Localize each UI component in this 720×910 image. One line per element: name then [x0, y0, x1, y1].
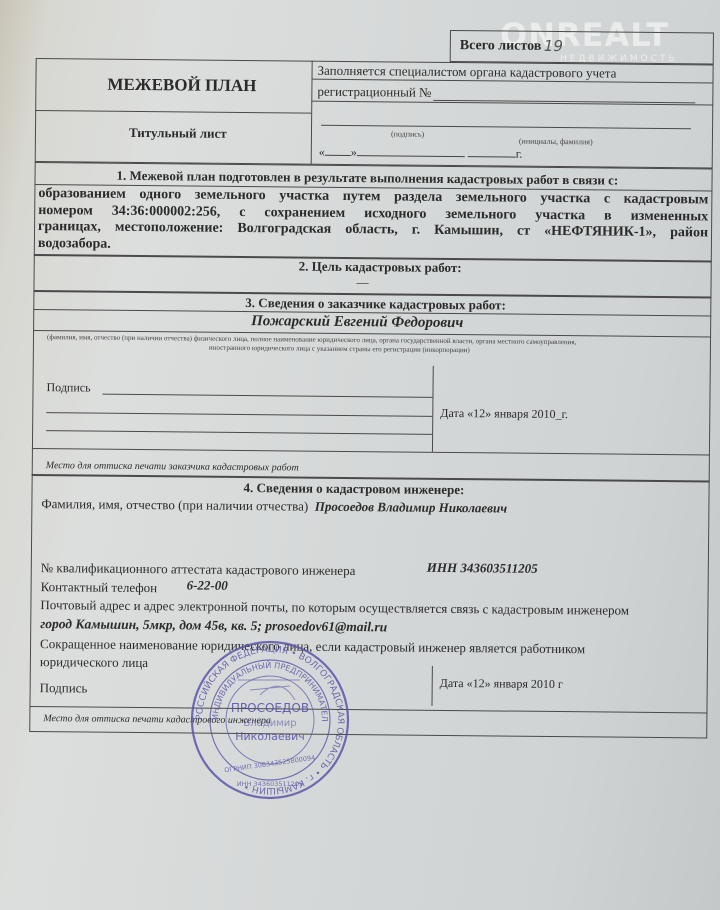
engineer-cert-label: № квалификационного аттестата кадастрово…	[41, 560, 356, 579]
section2-heading: 2. Цель кадастровых работ:	[299, 259, 462, 277]
customer-name: Пожарский Евгений Федорович	[251, 313, 463, 332]
engineer-cert-value: ИНН 343603511205	[427, 560, 538, 577]
stamp-inn: ИНН 343603511205	[237, 780, 303, 788]
date-year-suffix: г.	[516, 147, 523, 161]
stamp-patronymic: Николаевич	[235, 730, 304, 743]
engineer-phone-label: Контактный телефон	[41, 579, 158, 596]
customer-date: Дата «12» января 2010_г.	[440, 406, 568, 422]
initials-caption: (инициалы, фамилия)	[519, 137, 593, 147]
signature-caption: (подпись)	[391, 129, 424, 138]
date-close-quote: »	[351, 145, 357, 159]
stamp-name: Владимир	[243, 718, 296, 729]
registry-number-label: регистрационный №	[317, 84, 431, 101]
section4-heading: 4. Сведения о кадастровом инженере:	[243, 480, 464, 498]
engineer-fio-label: Фамилия, имя, отчество (при наличии отче…	[41, 496, 308, 514]
section1-text: образованием одного земельного участка п…	[38, 186, 709, 258]
doc-subtitle: Титульный лист	[129, 125, 227, 142]
total-sheets-value: 19	[544, 37, 563, 55]
section2-value: —	[356, 275, 368, 290]
engineer-date: Дата «12» января 2010 г	[440, 676, 563, 692]
engineer-org-label-line2: юридического лица	[40, 654, 148, 671]
registry-note: Заполняется специалистом органа кадастро…	[318, 63, 617, 82]
customer-signature-label: Подпись	[46, 380, 90, 395]
document-photo: ONREALT НЕДВИЖИМОСТЬ Всего листов 19 МЕЖ…	[0, 0, 720, 910]
doc-title: МЕЖЕВОЙ ПЛАН	[107, 75, 256, 96]
engineer-address-value: город Камышин, 5мкр, дом 45в, кв. 5; pro…	[40, 616, 387, 635]
official-round-stamp: РОССИЙСКАЯ ФЕДЕРАЦИЯ • ВОЛГОГРАДСКАЯ ОБЛ…	[190, 640, 350, 800]
total-sheets-label: Всего листов	[460, 38, 542, 55]
stamp-surname: ПРОСОЕДОВ	[231, 701, 309, 715]
registry-date-field[interactable]: «» г.	[319, 145, 523, 162]
engineer-signature-label: Подпись	[40, 680, 88, 696]
engineer-phone-value: 6-22-00	[187, 577, 228, 593]
stamp-signature-scribble	[238, 680, 300, 700]
date-open-quote: «	[319, 145, 325, 159]
engineer-fio-value: Просоедов Владимир Николаевич	[315, 499, 507, 516]
